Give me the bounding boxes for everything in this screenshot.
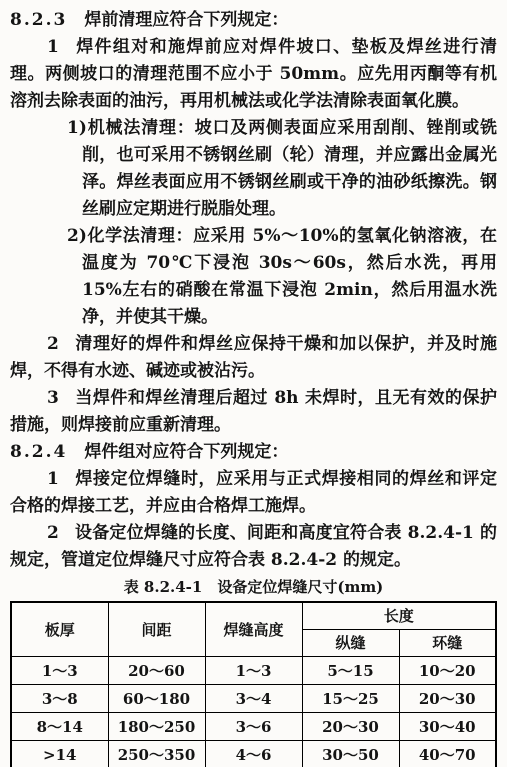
table-cell: 3～4 (205, 685, 302, 713)
paragraph-8-2-3-item-1: 1焊件组对和施焊前应对焊件坡口、垫板及焊丝进行清理。两侧坡口的清理范围不应小于 … (10, 34, 497, 115)
table-cell: 30～40 (399, 713, 496, 741)
table-cell: 40～70 (399, 741, 496, 767)
table-cell: 4～6 (205, 741, 302, 767)
header-spacing: 间距 (108, 602, 205, 657)
clause-title: 焊前清理应符合下列规定： (84, 10, 288, 30)
table-row: 3～8 60～180 3～4 15～25 20～30 (11, 685, 496, 713)
subitem-text: 化学法清理：应采用 5%～10%的氢氧化钠溶液，在温度为 70℃下浸泡 30s～… (82, 226, 497, 327)
item-number: 1 (47, 37, 59, 57)
subitem-mechanical-cleaning: 1)机械法清理：坡口及两侧表面应采用刮削、锉削或铣削，也可采用不锈钢丝刷（轮）清… (82, 115, 497, 223)
clause-number: 8.2.3 (10, 10, 67, 30)
table-cell: 15～25 (302, 685, 399, 713)
item-number: 3 (47, 388, 59, 408)
clause-8-2-4-heading: 8.2.4焊件组对应符合下列规定： (10, 439, 497, 466)
item-number: 2 (47, 523, 59, 543)
table-cell: 3～8 (11, 685, 108, 713)
table-cell: 3～6 (205, 713, 302, 741)
item-number: 1 (47, 469, 59, 489)
table-cell: 60～180 (108, 685, 205, 713)
table-cell: 8～14 (11, 713, 108, 741)
subitem-number: 1) (67, 118, 87, 138)
item-text: 设备定位焊缝的长度、间距和高度宜符合表 8.2.4-1 的规定，管道定位焊缝尺寸… (10, 523, 497, 570)
table-row: 1～3 20～60 1～3 5～15 10～20 (11, 657, 496, 685)
table-cell: >14 (11, 741, 108, 767)
subitem-text: 机械法清理：坡口及两侧表面应采用刮削、锉削或铣削，也可采用不锈钢丝刷（轮）清理，… (82, 118, 497, 219)
table-cell: 10～20 (399, 657, 496, 685)
item-text: 当焊件和焊丝清理后超过 8h 未焊时，且无有效的保护措施，则焊接前应重新清理。 (10, 388, 497, 435)
table-cell: 180～250 (108, 713, 205, 741)
table-cell: 20～60 (108, 657, 205, 685)
paragraph-8-2-4-item-1: 1焊接定位焊缝时，应采用与正式焊接相同的焊丝和评定合格的焊接工艺，并应由合格焊工… (10, 466, 497, 520)
subitem-chemical-cleaning: 2)化学法清理：应采用 5%～10%的氢氧化钠溶液，在温度为 70℃下浸泡 30… (82, 223, 497, 331)
table-cell: 30～50 (302, 741, 399, 767)
table-8-2-4-1: 板厚 间距 焊缝高度 长度 纵缝 环缝 1～3 20～60 1～3 5～15 1… (10, 601, 497, 767)
table-cell: 1～3 (205, 657, 302, 685)
table-cell: 5～15 (302, 657, 399, 685)
header-circumferential-seam: 环缝 (399, 630, 496, 657)
item-text: 焊件组对和施焊前应对焊件坡口、垫板及焊丝进行清理。两侧坡口的清理范围不应小于 5… (10, 37, 497, 111)
item-text: 清理好的焊件和焊丝应保持干燥和加以保护，并及时施焊，不得有水迹、碱迹或被沾污。 (10, 334, 497, 381)
paragraph-8-2-3-item-2: 2清理好的焊件和焊丝应保持干燥和加以保护，并及时施焊，不得有水迹、碱迹或被沾污。 (10, 331, 497, 385)
header-plate-thickness: 板厚 (11, 602, 108, 657)
table-cell: 20～30 (302, 713, 399, 741)
header-longitudinal-seam: 纵缝 (302, 630, 399, 657)
table-row: 8～14 180～250 3～6 20～30 30～40 (11, 713, 496, 741)
item-text: 焊接定位焊缝时，应采用与正式焊接相同的焊丝和评定合格的焊接工艺，并应由合格焊工施… (10, 469, 497, 516)
document-page: 8.2.3焊前清理应符合下列规定： 1焊件组对和施焊前应对焊件坡口、垫板及焊丝进… (0, 0, 507, 767)
table-caption: 表 8.2.4-1 设备定位焊缝尺寸(mm) (10, 577, 497, 597)
table-row: >14 250～350 4～6 30～50 40～70 (11, 741, 496, 767)
paragraph-8-2-4-item-2: 2设备定位焊缝的长度、间距和高度宜符合表 8.2.4-1 的规定，管道定位焊缝尺… (10, 520, 497, 574)
paragraph-8-2-3-item-3: 3当焊件和焊丝清理后超过 8h 未焊时，且无有效的保护措施，则焊接前应重新清理。 (10, 385, 497, 439)
clause-8-2-3-heading: 8.2.3焊前清理应符合下列规定： (10, 7, 497, 34)
table-cell: 250～350 (108, 741, 205, 767)
header-length-group: 长度 (302, 602, 496, 630)
item-number: 2 (47, 334, 59, 354)
clause-title: 焊件组对应符合下列规定： (84, 442, 288, 462)
table-header-row-1: 板厚 间距 焊缝高度 长度 (11, 602, 496, 630)
header-weld-height: 焊缝高度 (205, 602, 302, 657)
table-cell: 1～3 (11, 657, 108, 685)
table-cell: 20～30 (399, 685, 496, 713)
clause-number: 8.2.4 (10, 442, 67, 462)
subitem-number: 2) (67, 226, 87, 246)
